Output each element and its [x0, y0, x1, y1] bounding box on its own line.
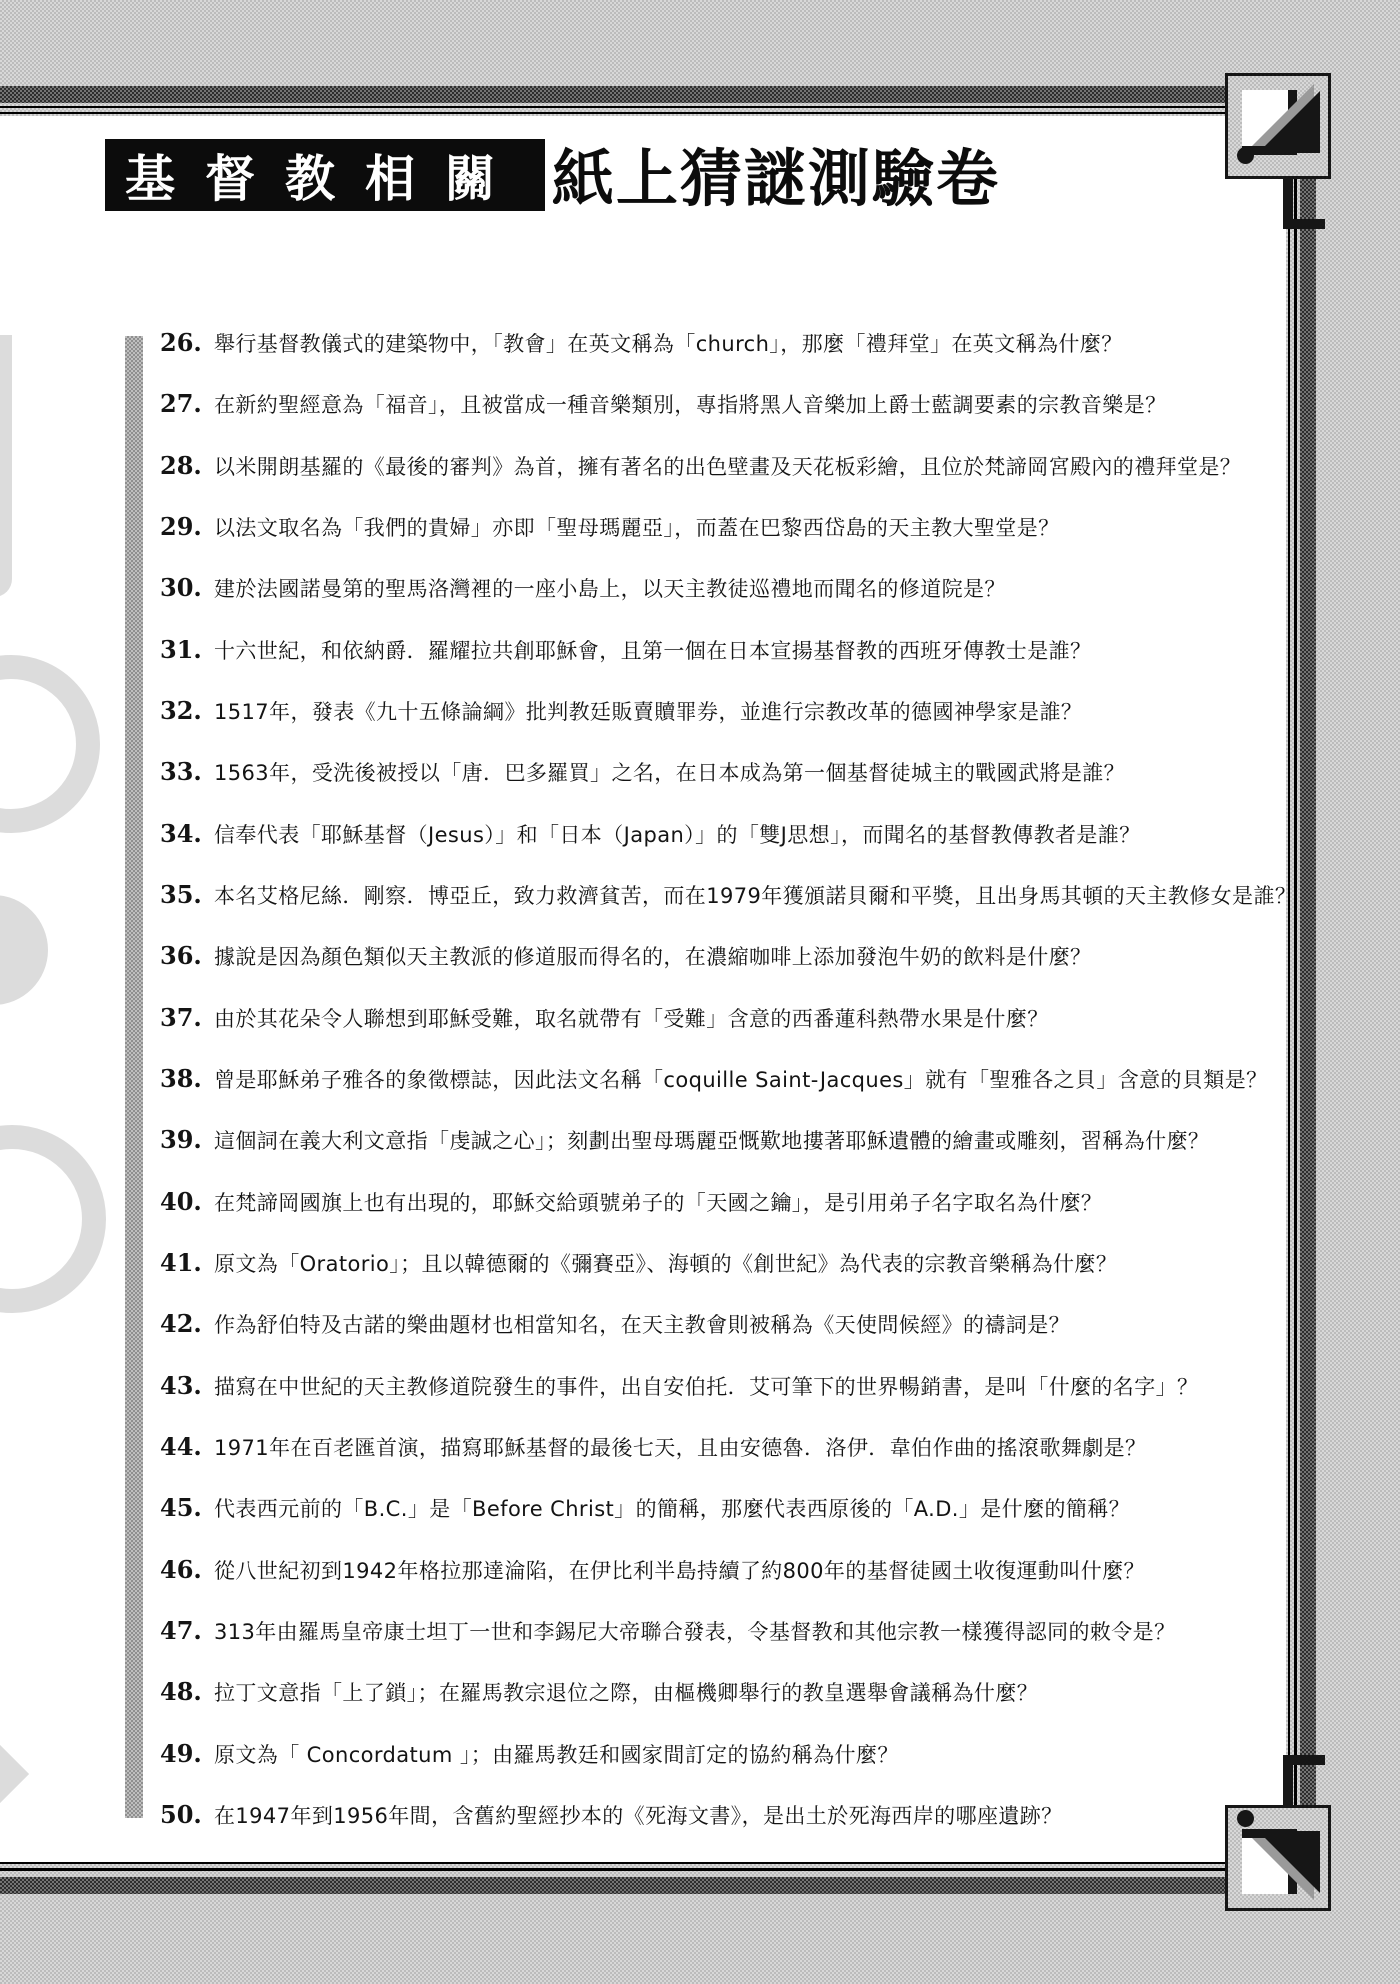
question-row: 42. 作為舒伯特及古諾的樂曲題材也相當知名，在天主教會則被稱為《天使問候經》的…: [160, 1309, 1265, 1339]
question-number: 39.: [160, 1125, 214, 1154]
question-text: 在1947年到1956年間，含舊約聖經抄本的《死海文書》，是出土於死海西岸的哪座…: [214, 1800, 1063, 1830]
question-text: 十六世紀，和依納爵．羅耀拉共創耶穌會，且第一個在日本宣揚基督教的西班牙傳教士是誰…: [214, 635, 1091, 665]
question-number: 42.: [160, 1309, 214, 1338]
question-number: 44.: [160, 1432, 214, 1461]
question-number: 47.: [160, 1616, 214, 1645]
question-row: 44. 1971年在百老匯首演，描寫耶穌基督的最後七天，且由安德魯．洛伊．韋伯作…: [160, 1432, 1265, 1462]
question-number: 29.: [160, 512, 214, 541]
question-text: 建於法國諾曼第的聖馬洛灣裡的一座小島上，以天主教徒巡禮地而聞名的修道院是？: [214, 573, 1006, 603]
question-side-strip: [125, 336, 143, 1818]
question-row: 33. 1563年，受洗後被授以「唐．巴多羅買」之名，在日本成為第一個基督徒城主…: [160, 757, 1265, 787]
frame-right-line: [1288, 106, 1290, 1876]
question-row: 27. 在新約聖經意為「福音」，且被當成一種音樂類別，專指將黑人音樂加上爵士藍調…: [160, 389, 1265, 419]
question-text: 信奉代表「耶穌基督（Jesus）」和「日本（Japan）」的「雙J思想」，而聞名…: [214, 819, 1141, 849]
question-number: 40.: [160, 1187, 214, 1216]
question-number: 46.: [160, 1555, 214, 1584]
question-list: 26. 舉行基督教儀式的建築物中，「教會」在英文稱為「church」，那麼「禮拜…: [160, 328, 1265, 1830]
question-row: 49. 原文為「 Concordatum 」；由羅馬教廷和國家間訂定的協約稱為什…: [160, 1739, 1265, 1769]
question-text: 據說是因為顏色類似天主教派的修道服而得名的，在濃縮咖啡上添加發泡牛奶的飲料是什麼…: [214, 941, 1091, 971]
corner-dot: [1237, 147, 1254, 164]
page-title-right: 紙上猜謎測驗卷: [552, 128, 1000, 218]
question-row: 28. 以米開朗基羅的《最後的審判》為首，擁有著名的出色壁畫及天花板彩繪，且位於…: [160, 451, 1265, 481]
question-number: 49.: [160, 1739, 214, 1768]
question-text: 313年由羅馬皇帝康士坦丁一世和李錫尼大帝聯合發表，令基督教和其他宗教一樣獲得認…: [214, 1616, 1175, 1646]
frame-top-line: [0, 112, 1243, 114]
question-text: 在梵諦岡國旗上也有出現的，耶穌交給頭號弟子的「天國之鑰」，是引用弟子名字取名為什…: [214, 1187, 1102, 1217]
question-row: 47. 313年由羅馬皇帝康士坦丁一世和李錫尼大帝聯合發表，令基督教和其他宗教一…: [160, 1616, 1265, 1646]
question-row: 50. 在1947年到1956年間，含舊約聖經抄本的《死海文書》，是出土於死海西…: [160, 1800, 1265, 1830]
question-row: 29. 以法文取名為「我們的貴婦」亦即「聖母瑪麗亞」，而蓋在巴黎西岱島的天主教大…: [160, 512, 1265, 542]
question-number: 35.: [160, 880, 214, 909]
question-number: 32.: [160, 696, 214, 725]
question-number: 45.: [160, 1493, 214, 1522]
watermark-shape: [0, 335, 12, 597]
question-number: 33.: [160, 757, 214, 786]
question-number: 26.: [160, 328, 214, 357]
question-number: 31.: [160, 635, 214, 664]
question-row: 41. 原文為「Oratorio」；且以韓德爾的《彌賽亞》、海頓的《創世紀》為代…: [160, 1248, 1265, 1278]
title-black-box: 基督教相關: [105, 139, 545, 211]
corner-step: [1283, 1755, 1325, 1765]
frame-right-band: [1300, 95, 1316, 1895]
question-text: 這個詞在義大利文意指「虔誠之心」；刻劃出聖母瑪麗亞慨歎地摟著耶穌遺體的繪畫或雕刻…: [214, 1125, 1209, 1155]
question-text: 1563年，受洗後被授以「唐．巴多羅買」之名，在日本成為第一個基督徒城主的戰國武…: [214, 757, 1125, 787]
frame-top-line: [0, 106, 1243, 108]
question-text: 曾是耶穌弟子雅各的象徵標誌，因此法文名稱「coquille Saint-Jacq…: [214, 1064, 1268, 1094]
question-number: 43.: [160, 1371, 214, 1400]
question-number: 27.: [160, 389, 214, 418]
question-text: 本名艾格尼絲．剛察．博亞丘，致力救濟貧苦，而在1979年獲頒諾貝爾和平獎，且出身…: [214, 880, 1296, 910]
question-text: 1971年在百老匯首演，描寫耶穌基督的最後七天，且由安德魯．洛伊．韋伯作曲的搖滾…: [214, 1432, 1146, 1462]
question-number: 38.: [160, 1064, 214, 1093]
question-number: 48.: [160, 1677, 214, 1706]
quiz-page: 基督教相關 紙上猜謎測驗卷 26. 舉行基督教儀式的建築物中，「教會」在英文稱為…: [0, 0, 1400, 1984]
frame-bottom-line: [0, 1868, 1297, 1871]
question-number: 41.: [160, 1248, 214, 1277]
question-row: 32. 1517年，發表《九十五條論綱》批判教廷販賣贖罪券，並進行宗教改革的德國…: [160, 696, 1265, 726]
question-number: 28.: [160, 451, 214, 480]
question-row: 37. 由於其花朵令人聯想到耶穌受難，取名就帶有「受難」含意的西番蓮科熱帶水果是…: [160, 1003, 1265, 1033]
question-row: 30. 建於法國諾曼第的聖馬洛灣裡的一座小島上，以天主教徒巡禮地而聞名的修道院是…: [160, 573, 1265, 603]
question-row: 46. 從八世紀初到1942年格拉那達淪陷，在伊比利半島持續了約800年的基督徒…: [160, 1555, 1265, 1585]
question-row: 26. 舉行基督教儀式的建築物中，「教會」在英文稱為「church」，那麼「禮拜…: [160, 328, 1265, 358]
question-row: 43. 描寫在中世紀的天主教修道院發生的事件，出自安伯托．艾可筆下的世界暢銷書，…: [160, 1371, 1265, 1401]
question-text: 以法文取名為「我們的貴婦」亦即「聖母瑪麗亞」，而蓋在巴黎西岱島的天主教大聖堂是？: [214, 512, 1060, 542]
question-text: 代表西元前的「B.C.」是「Before Christ」的簡稱，那麼代表西原後的…: [214, 1493, 1130, 1523]
question-text: 描寫在中世紀的天主教修道院發生的事件，出自安伯托．艾可筆下的世界暢銷書，是叫「什…: [214, 1371, 1198, 1401]
question-text: 原文為「Oratorio」；且以韓德爾的《彌賽亞》、海頓的《創世紀》為代表的宗教…: [214, 1248, 1117, 1278]
question-row: 48. 拉丁文意指「上了鎖」；在羅馬教宗退位之際，由樞機卿舉行的教皇選舉會議稱為…: [160, 1677, 1265, 1707]
question-row: 36. 據說是因為顏色類似天主教派的修道服而得名的，在濃縮咖啡上添加發泡牛奶的飲…: [160, 941, 1265, 971]
frame-bottom-band: [0, 1877, 1316, 1894]
question-number: 34.: [160, 819, 214, 848]
question-text: 舉行基督教儀式的建築物中，「教會」在英文稱為「church」，那麼「禮拜堂」在英…: [214, 328, 1123, 358]
question-row: 34. 信奉代表「耶穌基督（Jesus）」和「日本（Japan）」的「雙J思想」…: [160, 819, 1265, 849]
frame-right-line: [1294, 106, 1297, 1876]
question-row: 35. 本名艾格尼絲．剛察．博亞丘，致力救濟貧苦，而在1979年獲頒諾貝爾和平獎…: [160, 880, 1265, 910]
corner-step: [1283, 179, 1293, 223]
question-text: 在新約聖經意為「福音」，且被當成一種音樂類別，專指將黑人音樂加上爵士藍調要素的宗…: [214, 389, 1167, 419]
question-text: 拉丁文意指「上了鎖」；在羅馬教宗退位之際，由樞機卿舉行的教皇選舉會議稱為什麼？: [214, 1677, 1038, 1707]
question-text: 1517年，發表《九十五條論綱》批判教廷販賣贖罪券，並進行宗教改革的德國神學家是…: [214, 696, 1082, 726]
page-title-left: 基督教相關: [105, 139, 525, 211]
corner-step: [1283, 1761, 1293, 1805]
question-text: 從八世紀初到1942年格拉那達淪陷，在伊比利半島持續了約800年的基督徒國土收復…: [214, 1555, 1145, 1585]
question-row: 40. 在梵諦岡國旗上也有出現的，耶穌交給頭號弟子的「天國之鑰」，是引用弟子名字…: [160, 1187, 1265, 1217]
question-number: 30.: [160, 573, 214, 602]
question-text: 由於其花朵令人聯想到耶穌受難，取名就帶有「受難」含意的西番蓮科熱帶水果是什麼？: [214, 1003, 1049, 1033]
frame-top-band: [0, 86, 1240, 103]
question-row: 38. 曾是耶穌弟子雅各的象徵標誌，因此法文名稱「coquille Saint-…: [160, 1064, 1265, 1094]
question-row: 31. 十六世紀，和依納爵．羅耀拉共創耶穌會，且第一個在日本宣揚基督教的西班牙傳…: [160, 635, 1265, 665]
question-row: 45. 代表西元前的「B.C.」是「Before Christ」的簡稱，那麼代表…: [160, 1493, 1265, 1523]
question-text: 以米開朗基羅的《最後的審判》為首，擁有著名的出色壁畫及天花板彩繪，且位於梵諦岡宮…: [214, 451, 1241, 481]
corner-step: [1283, 219, 1325, 229]
frame-bottom-line: [0, 1862, 1297, 1864]
question-number: 36.: [160, 941, 214, 970]
question-row: 39. 這個詞在義大利文意指「虔誠之心」；刻劃出聖母瑪麗亞慨歎地摟著耶穌遺體的繪…: [160, 1125, 1265, 1155]
question-text: 作為舒伯特及古諾的樂曲題材也相當知名，在天主教會則被稱為《天使問候經》的禱詞是？: [214, 1309, 1070, 1339]
question-number: 50.: [160, 1800, 214, 1829]
question-number: 37.: [160, 1003, 214, 1032]
question-text: 原文為「 Concordatum 」；由羅馬教廷和國家間訂定的協約稱為什麼？: [214, 1739, 899, 1769]
